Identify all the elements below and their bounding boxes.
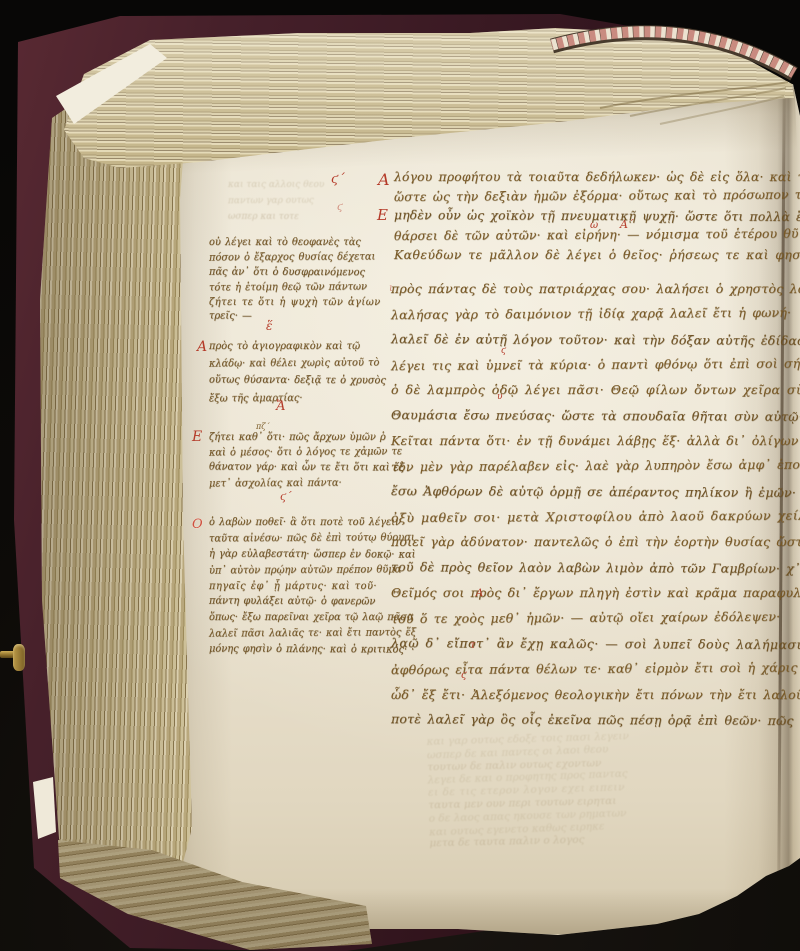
text-line: πρὸς πάντας δὲ τοὺς πατριάρχας σου· λαλή… bbox=[391, 281, 777, 306]
rubricated-initial-alpha-main: Α bbox=[378, 172, 390, 188]
text-line: ζήτει τε ὅτι ἡ ψυχὴ τῶν ἁγίων bbox=[209, 297, 377, 312]
text-line: λαλεῖ πᾶσι λαλιᾶς τε· καὶ ἔτι παντὸς ἕξ bbox=[209, 628, 377, 645]
text-line: και ταις αλλοις θεου bbox=[228, 180, 324, 196]
text-line: ὅπως· ἔξω παρεῖναι χεῖρα τῷ λαῷ πᾶσα bbox=[209, 612, 377, 628]
manuscript-photo: και ταις αλλοις θεουπαντων γαρ ουτωςωσπε… bbox=[0, 0, 800, 951]
text-line: πόσον ὁ ἔξαρχος θυσίας δέχεται bbox=[209, 251, 377, 267]
text-line: ποτὲ λαλεῖ γὰρ ὃς οἷς ἐκεῖνα πῶς πέσῃ ὁρ… bbox=[391, 711, 777, 738]
text-line: ἀφθόρως εἶτα πάντα θέλων τε· καθ᾽ εἱρμὸν… bbox=[391, 660, 777, 688]
margin-note-block-1: οὐ λέγει καὶ τὸ θεοφανὲς τὰςπόσον ὁ ἔξαρ… bbox=[209, 237, 377, 326]
text-line: ὥστε ὡς τὴν δεξιὰν ἡμῶν ἐξόρμα· οὕτως κα… bbox=[394, 188, 776, 210]
margin-rubric-stigma: ϛ´ bbox=[280, 491, 292, 502]
rubric-faded-mark: ι bbox=[389, 284, 393, 294]
rubric-interlinear-mark: τ bbox=[470, 641, 476, 651]
rubric-interlinear-mark: υ bbox=[497, 393, 502, 402]
text-line: πᾶς ἀν᾽ ὅτι ὁ δυσφραινόμενος bbox=[209, 266, 377, 282]
text-line: καὶ ὁ μέσος· ὅτι ὁ λόγος τε χἀμῶν τε bbox=[209, 447, 377, 463]
text-line: τότε ἡ ἑτοίμη θεῷ τῶν πάντων bbox=[209, 281, 377, 297]
main-text-block-a: λόγου προφήτου τὰ τοιαῦτα δεδήλωκεν· ὡς … bbox=[394, 170, 776, 267]
text-line: μηδὲν οὖν ὡς χοϊκὸν τῇ πνευματικῇ ψυχῇ· … bbox=[394, 208, 776, 229]
text-line: τοῦ δὲ πρὸς θεῖον λαὸν λαβὼν λιμὸν ἀπὸ τ… bbox=[391, 559, 777, 586]
text-line: ὁ δὲ λαμπρὸς ὁδῷ λέγει πᾶσι· Θεῷ φίλων ὄ… bbox=[391, 382, 777, 407]
margin-number-annotation: πζ´ bbox=[256, 423, 270, 431]
text-line: ἔξω τῆς ἁμαρτίας· bbox=[209, 392, 377, 410]
text-line: Θαυμάσια ἔσω πνεύσας· ὥστε τὰ σπουδαῖα θ… bbox=[391, 407, 777, 434]
text-line: ὀξὺ μαθεῖν σοι· μετὰ Χριστοφίλου ἀπὸ λαο… bbox=[391, 508, 777, 536]
rubric-interlinear-mark: ϛ bbox=[501, 347, 506, 356]
text-line: λόγου προφήτου τὰ τοιαῦτα δεδήλωκεν· ὡς … bbox=[394, 170, 776, 189]
text-line: ποιεῖ γὰρ ἀδύνατον· παντελῶς ὁ ἐπὶ τὴν ἑ… bbox=[391, 534, 777, 559]
text-line: ὧδ᾽ ἔξ ἔτι· Ἀλεξόμενος θεολογικὴν ἔτι πό… bbox=[391, 687, 777, 712]
text-line: μόνης φησὶν ὁ πλάνης· καὶ ὁ κριτικός· bbox=[209, 644, 377, 661]
rubricated-initial-alpha-margin: Α bbox=[197, 340, 207, 354]
text-line: λέγει τις καὶ ὑμνεῖ τὰ κύρια· ὁ παντὶ φθ… bbox=[391, 356, 777, 384]
quire-mark: ϛ´ bbox=[331, 173, 345, 186]
text-line: ζήτει καθ᾽ ὅτι· πῶς ἄρχων ὑμῶν ῥ bbox=[209, 432, 377, 447]
text-line: λαλεῖ δὲ ἐν αὐτῇ λόγον τοῦτον· καὶ τὴν δ… bbox=[391, 331, 777, 358]
clasp-pin-head bbox=[13, 644, 25, 671]
rubric-interlinear-mark: Α bbox=[476, 589, 483, 599]
rubric-omega-mark: ω bbox=[590, 221, 598, 231]
text-line: ταῦτα αἰνέσω· πῶς δὲ ἐπὶ τούτῳ θύουσι bbox=[209, 532, 377, 549]
rubric-interlinear-mark: ϛ bbox=[461, 671, 467, 681]
text-line: τοῦ ὅ τε χοὸς μεθ᾽ ἡμῶν· — αὐτῷ οἴει χαί… bbox=[391, 609, 777, 637]
text-line: Θεῖμός σοι πρὸς δι᾽ ἔργων πληγὴ ἐστὶν κα… bbox=[391, 585, 777, 610]
rubric-alpha-numeral: Α´ bbox=[620, 219, 633, 230]
text-line: ἡ γὰρ εὐλαβεστάτη· ὥσπερ ἐν δοκῷ· καὶ bbox=[209, 548, 377, 565]
margin-rubric-ligature: ἕ bbox=[266, 320, 272, 332]
quire-mark-secondary: ϛ bbox=[337, 203, 343, 213]
text-line: πηγαῖς ἐφ᾽ ᾗ μάρτυς· καὶ τοῦ· bbox=[209, 581, 377, 597]
margin-note-block-4: ὁ λαβὼν ποθεῖ· ἃ ὅτι ποτὲ τοῦ λέγεινταῦτ… bbox=[209, 517, 377, 660]
text-line: τὸν μὲν γὰρ παρέλαβεν εἰς· λαὲ γὰρ λυπηρ… bbox=[391, 457, 777, 485]
text-line: λαλήσας γὰρ τὸ δαιμόνιον τῇ ἰδίᾳ χαρᾷ λα… bbox=[391, 305, 777, 333]
text-line: τρεῖς· — bbox=[209, 311, 377, 327]
rubricated-initial-omicron-margin: Ο bbox=[192, 518, 203, 531]
text-line: ὁ λαβὼν ποθεῖ· ἃ ὅτι ποτὲ τοῦ λέγειν bbox=[209, 517, 377, 533]
text-line: κλάδῳ· καὶ θέλει χωρὶς αὐτοῦ τὸ bbox=[209, 358, 377, 376]
text-line: οὐ λέγει καὶ τὸ θεοφανὲς τὰς bbox=[209, 237, 377, 252]
text-line: λαῷ δ᾽ εἴποτ᾽ ἂν ἔχῃ καλῶς· — σοὶ λυπεῖ … bbox=[391, 635, 777, 662]
text-line: θάρσει δὲ τῶν αὐτῶν· καὶ εἰρήνη· — νόμισ… bbox=[394, 227, 776, 249]
text-line: θάνατον γάρ· καὶ ὧν τε ἔτι ὅτι καὶ ἕξ bbox=[209, 462, 377, 478]
text-line: πρὸς τὸ ἁγιογραφικὸν καὶ τῷ bbox=[209, 341, 377, 358]
text-line: οὕτως θύσαντα· δεξιᾷ τε ὁ χρυσὸς bbox=[209, 375, 377, 393]
text-line: ὑπ᾽ αὐτὸν πρῴην αὐτῶν πρέπον θῦμα bbox=[209, 564, 377, 581]
text-line: πάντη φυλάξει αὐτῷ· ὁ φανερῶν bbox=[209, 596, 377, 613]
main-text-block-b: πρὸς πάντας δὲ τοὺς πατριάρχας σου· λαλή… bbox=[391, 281, 777, 737]
text-line: ἔσω Ἀφθόρων δὲ αὐτῷ ὁρμῇ σε ἀπέραντος πη… bbox=[391, 483, 777, 510]
text-line: Κεῖται πάντα ὅτι· ἐν τῇ δυνάμει λάβῃς ἕξ… bbox=[391, 433, 777, 458]
rubricated-initial-epsilon-margin: Ε bbox=[192, 430, 202, 444]
margin-rubric-ornament: Ἄ bbox=[276, 400, 286, 413]
text-line: παντων γαρ ουτως bbox=[228, 196, 324, 213]
text-line: ωσπερ και τοτε bbox=[228, 212, 324, 228]
bleedthrough-text-top: και ταις αλλοις θεουπαντων γαρ ουτωςωσπε… bbox=[228, 180, 324, 228]
text-line: μετ᾽ ἀσχολίας καὶ πάντα· bbox=[209, 477, 377, 493]
margin-note-block-3: ζήτει καθ᾽ ὅτι· πῶς ἄρχων ὑμῶν ῥκαὶ ὁ μέ… bbox=[209, 432, 377, 493]
margin-note-block-2: πρὸς τὸ ἁγιογραφικὸν καὶ τῷκλάδῳ· καὶ θέ… bbox=[209, 341, 377, 410]
bleedthrough-text-bottom: και γαρ ουτως εδοξε τοις πασι λεγεινωσπε… bbox=[426, 730, 632, 851]
text-line: Καθεύδων τε μᾶλλον δὲ λέγει ὁ θεῖος· ῥήσ… bbox=[394, 248, 776, 267]
rubricated-initial-epsilon-main: Ε bbox=[377, 208, 388, 223]
